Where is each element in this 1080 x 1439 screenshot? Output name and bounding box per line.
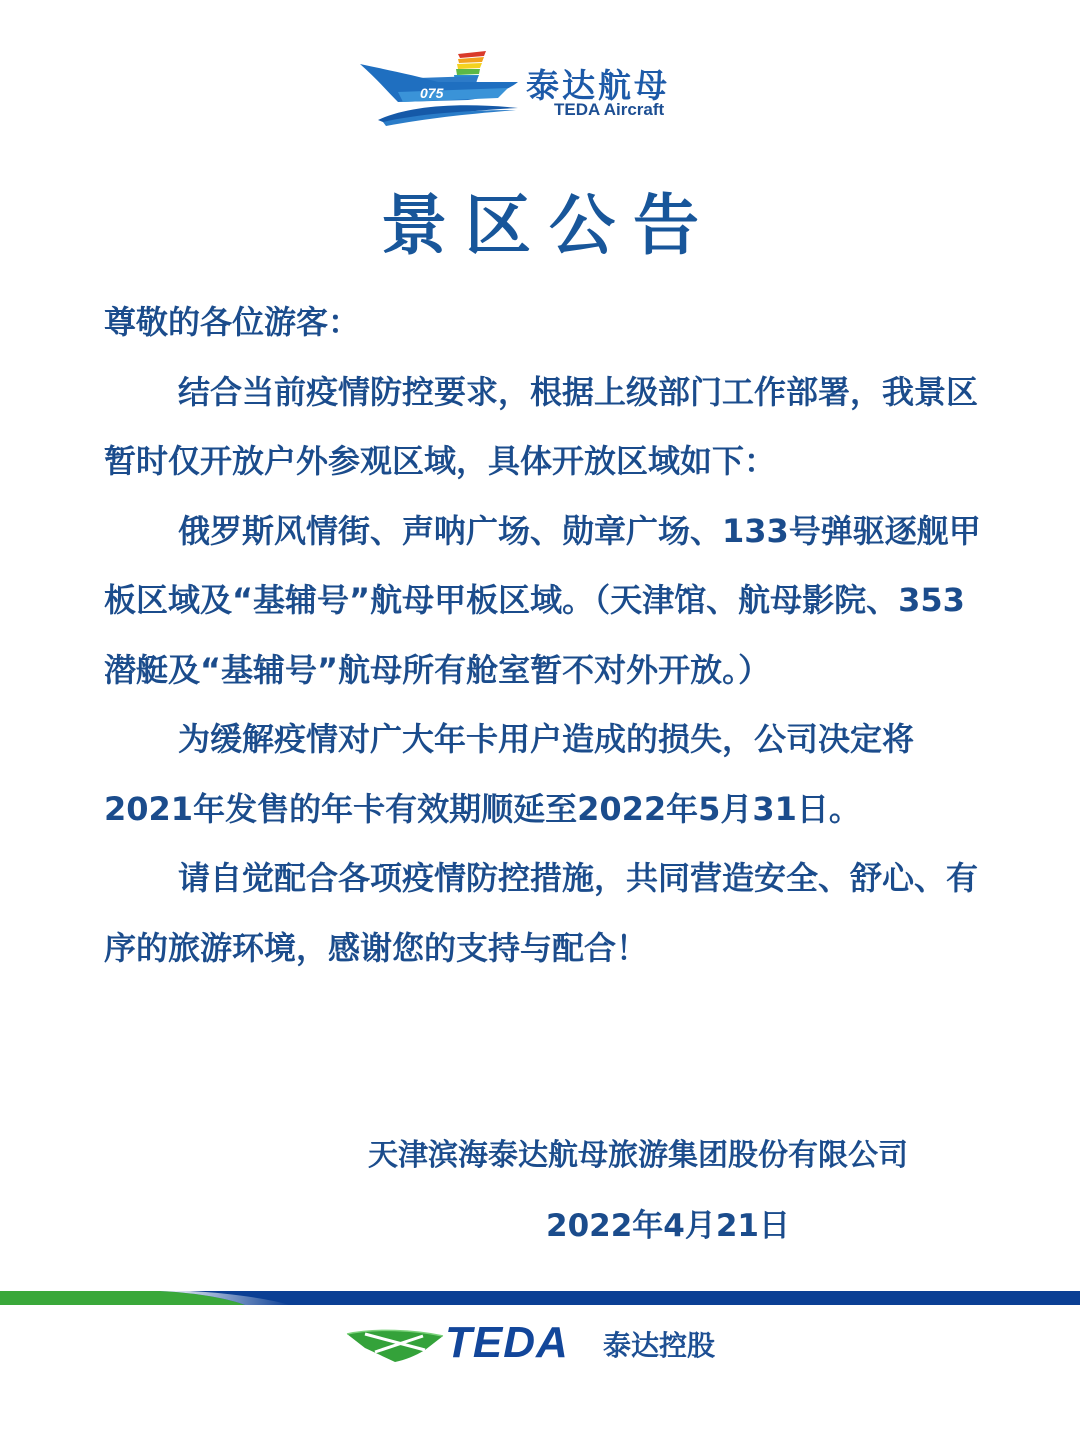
footer-logo-name-cn: 泰达控股 [603, 1324, 715, 1364]
notice-date: 2022年4月21日 [546, 1200, 790, 1245]
footer-logo-name-en: TEDA [445, 1318, 569, 1368]
paragraph-annual-card: 为缓解疫情对广大年卡用户造成的损失，公司决定将2021年发售的年卡有效期顺延至2… [104, 705, 984, 844]
logo-name-en: TEDA Aircraft [554, 100, 664, 120]
teda-holdings-logo: TEDA 泰达控股 [345, 1318, 745, 1368]
notice-body: 尊敬的各位游客： 结合当前疫情防控要求，根据上级部门工作部署，我景区暂时仅开放户… [104, 288, 984, 983]
paragraph-open-areas: 俄罗斯风情街、声呐广场、勋章广场、133号弹驱逐舰甲板区域及“基辅号”航母甲板区… [104, 497, 984, 706]
aircraft-carrier-ship-icon: 075 [358, 48, 528, 128]
paragraph-opening-policy: 结合当前疫情防控要求，根据上级部门工作部署，我景区暂时仅开放户外参观区域，具体开… [104, 358, 984, 497]
teda-leaf-icon [345, 1326, 445, 1366]
footer-color-band [0, 1291, 1080, 1305]
teda-aircraft-logo: 075 泰达航母 TEDA Aircraft [358, 48, 703, 128]
notice-title: 景区公告 [0, 172, 1080, 267]
paragraph-cooperation: 请自觉配合各项疫情防控措施，共同营造安全、舒心、有序的旅游环境，感谢您的支持与配… [104, 844, 984, 983]
svg-text:075: 075 [420, 85, 444, 101]
greeting: 尊敬的各位游客： [104, 288, 984, 358]
signature-company: 天津滨海泰达航母旅游集团股份有限公司 [368, 1130, 908, 1174]
